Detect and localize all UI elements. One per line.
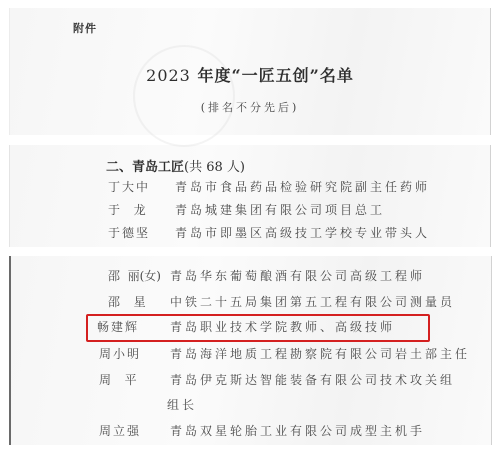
- list-item-highlighted: 畅建辉 青岛职业技术学院教师、高级技师: [0, 318, 500, 338]
- list-item: 于 龙 青岛城建集团有限公司项目总工: [0, 201, 500, 221]
- faded-stamp-seal: [133, 45, 235, 147]
- list-item: 周立强 青岛双星轮胎工业有限公司成型主机手: [0, 422, 500, 442]
- title-year: 2023: [146, 66, 191, 85]
- title-text: 年度“一匠五创”名单: [197, 66, 353, 85]
- section-title: 二、青岛工匠: [106, 160, 184, 175]
- list-item: 周 平 青岛伊克斯达智能装备有限公司技术攻关组: [0, 371, 500, 391]
- person-title: 青岛市食品药品检验研究院副主任药师: [175, 178, 430, 195]
- person-name: 邵 丽(女): [108, 267, 161, 284]
- document-title: 2023 年度“一匠五创”名单: [0, 63, 500, 86]
- list-item: 邵 丽(女) 青岛华东葡萄酿酒有限公司高级工程师: [0, 267, 500, 287]
- section-heading: 二、青岛工匠(共 68 人): [106, 156, 245, 175]
- person-name: 周立强: [99, 422, 141, 439]
- person-name: 于德坚: [108, 224, 150, 241]
- list-item-continuation: 组长: [0, 396, 500, 416]
- section-count: (共 68 人): [184, 160, 245, 175]
- person-name: 周小明: [99, 345, 141, 362]
- person-title: 青岛市即墨区高级技工学校专业带头人: [175, 224, 430, 241]
- person-name: 畅建辉: [97, 318, 139, 335]
- person-name: 于 龙: [108, 201, 148, 218]
- person-name: 邵 星: [108, 293, 148, 310]
- person-title-continued: 组长: [167, 396, 197, 413]
- attachment-label: 附件: [73, 20, 97, 36]
- person-name: 丁大中: [108, 178, 150, 195]
- person-title: 青岛华东葡萄酿酒有限公司高级工程师: [170, 267, 425, 284]
- list-item: 周小明 青岛海洋地质工程勘察院有限公司岩土部主任: [0, 345, 500, 365]
- list-item: 邵 星 中铁二十五局集团第五工程有限公司测量员: [0, 293, 500, 313]
- person-title: 中铁二十五局集团第五工程有限公司测量员: [170, 293, 455, 310]
- person-title: 青岛职业技术学院教师、高级技师: [170, 318, 395, 335]
- person-title: 青岛城建集团有限公司项目总工: [175, 201, 385, 218]
- person-name: 周 平: [99, 371, 139, 388]
- list-item: 于德坚 青岛市即墨区高级技工学校专业带头人: [0, 224, 500, 244]
- person-title: 青岛伊克斯达智能装备有限公司技术攻关组: [170, 371, 455, 388]
- list-item: 丁大中 青岛市食品药品检验研究院副主任药师: [0, 178, 500, 198]
- person-title: 青岛海洋地质工程勘察院有限公司岩土部主任: [170, 345, 470, 362]
- document-subtitle: (排名不分先后): [0, 99, 500, 115]
- person-title: 青岛双星轮胎工业有限公司成型主机手: [170, 422, 425, 439]
